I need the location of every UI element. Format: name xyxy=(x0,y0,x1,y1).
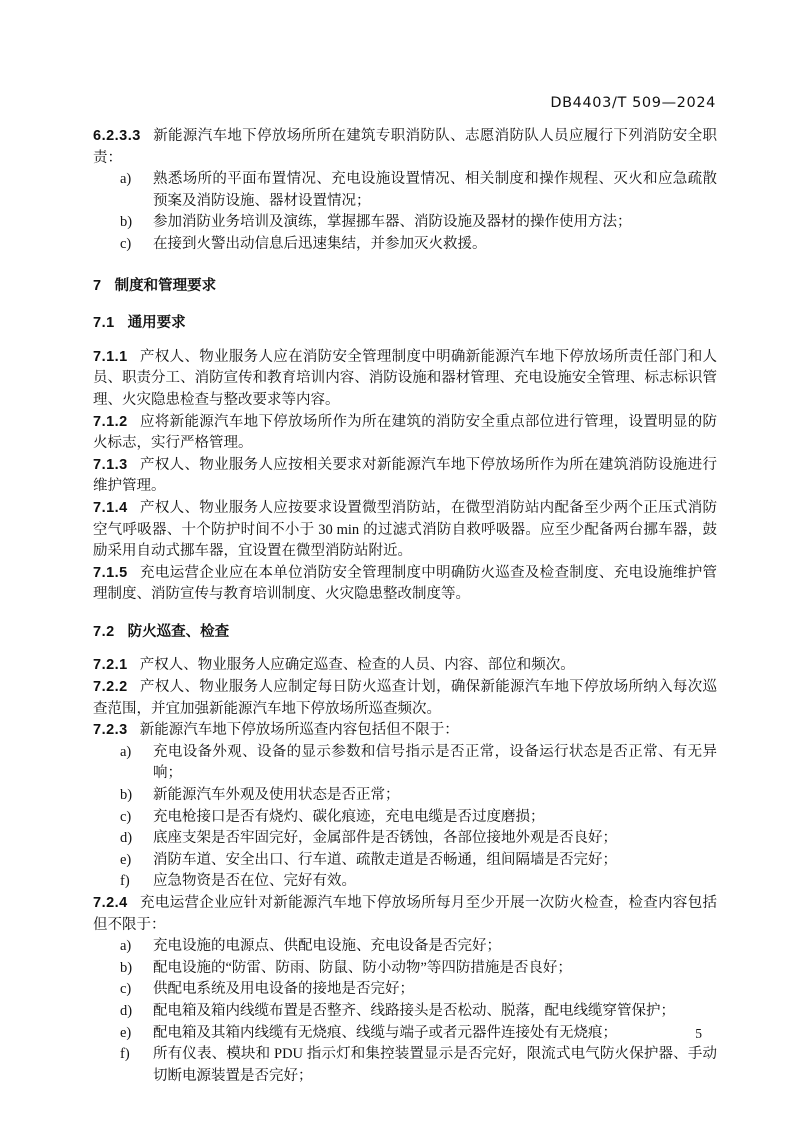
list-item: c)充电枪接口是否有烧灼、碳化痕迹，充电电缆是否过度磨损； xyxy=(120,807,717,829)
clause-paragraph: 7.2.1产权人、物业服务人应确定巡查、检查的人员、内容、部位和频次。 xyxy=(93,655,717,677)
lettered-list: a)充电设施的电源点、供配电设施、充电设备是否完好；b)配电设施的“防雷、防雨、… xyxy=(93,936,717,1087)
list-item-text: 消防车道、安全出口、行车道、疏散走道是否畅通，组间隔墙是否完好； xyxy=(153,850,717,872)
clause-paragraph: 7.2.3新能源汽车地下停放场所巡查内容包括但不限于： xyxy=(93,720,717,742)
section-heading: 7制度和管理要求 xyxy=(93,276,717,298)
list-item-label: a) xyxy=(120,742,153,785)
list-item-label: b) xyxy=(120,785,153,807)
list-item-text: 熟悉场所的平面布置情况、充电设施设置情况、相关制度和操作规程、灭火和应急疏散预案… xyxy=(153,169,717,212)
list-item-label: d) xyxy=(120,828,153,850)
clause-number: 7.1.4 xyxy=(93,500,128,516)
lettered-list: a)充电设备外观、设备的显示参数和信号指示是否正常，设备运行状态是否正常、有无异… xyxy=(93,742,717,893)
list-item-label: b) xyxy=(120,958,153,980)
clause-text: 产权人、物业服务人应在消防安全管理制度中明确新能源汽车地下停放场所责任部门和人员… xyxy=(93,349,717,408)
list-item-label: f) xyxy=(120,871,153,893)
list-item-text: 配电箱及箱内线缆布置是否整齐、线路接头是否松动、脱落，配电线缆穿管保护； xyxy=(153,1001,717,1023)
list-item: b)配电设施的“防雷、防雨、防鼠、防小动物”等四防措施是否良好； xyxy=(120,958,717,980)
list-item-text: 底座支架是否牢固完好，金属部件是否锈蚀，各部位接地外观是否良好； xyxy=(153,828,717,850)
section-title: 防火巡查、检查 xyxy=(128,624,230,640)
clause-number: 7.1.1 xyxy=(93,349,128,365)
lettered-list: a)熟悉场所的平面布置情况、充电设施设置情况、相关制度和操作规程、灭火和应急疏散… xyxy=(93,169,717,255)
clause-paragraph: 7.2.2产权人、物业服务人应制定每日防火巡查计划，确保新能源汽车地下停放场所纳… xyxy=(93,677,717,720)
list-item-text: 参加消防业务培训及演练，掌握挪车器、消防设施及器材的操作使用方法； xyxy=(153,212,717,234)
clause-paragraph: 7.1.4产权人、物业服务人应按要求设置微型消防站，在微型消防站内配备至少两个正… xyxy=(93,498,717,563)
clause-number: 7.2.3 xyxy=(93,722,128,738)
clause-paragraph: 7.1.5充电运营企业应在本单位消防安全管理制度中明确防火巡查及检查制度、充电设… xyxy=(93,563,717,606)
clause-number: 7.2.1 xyxy=(93,657,128,673)
list-item-label: e) xyxy=(120,1023,153,1045)
list-item-text: 在接到火警出动信息后迅速集结，并参加灭火救援。 xyxy=(153,234,717,256)
list-item-label: c) xyxy=(120,979,153,1001)
list-item-text: 新能源汽车外观及使用状态是否正常； xyxy=(153,785,717,807)
clause-number: 7.1.2 xyxy=(93,414,128,430)
clause-text: 产权人、物业服务人应按要求设置微型消防站，在微型消防站内配备至少两个正压式消防空… xyxy=(93,500,717,559)
list-item: f)所有仪表、模块和 PDU 指示灯和集控装置显示是否完好，限流式电气防火保护器… xyxy=(120,1044,717,1087)
list-item: a)充电设施的电源点、供配电设施、充电设备是否完好； xyxy=(120,936,717,958)
list-item: d)底座支架是否牢固完好，金属部件是否锈蚀，各部位接地外观是否良好； xyxy=(120,828,717,850)
section-heading: 7.2防火巡查、检查 xyxy=(93,622,717,644)
clause-number: 7.2.2 xyxy=(93,679,128,695)
clause-text: 产权人、物业服务人应确定巡查、检查的人员、内容、部位和频次。 xyxy=(140,657,575,673)
list-item-text: 所有仪表、模块和 PDU 指示灯和集控装置显示是否完好，限流式电气防火保护器、手… xyxy=(153,1044,717,1087)
clause-text: 充电运营企业应在本单位消防安全管理制度中明确防火巡查及检查制度、充电设施维护管理… xyxy=(93,565,717,603)
list-item: c)在接到火警出动信息后迅速集结，并参加灭火救援。 xyxy=(120,234,717,256)
list-item-text: 供配电系统及用电设备的接地是否完好； xyxy=(153,979,717,1001)
clause-text: 产权人、物业服务人应按相关要求对新能源汽车地下停放场所作为所在建筑消防设施进行维… xyxy=(93,457,717,495)
document-body: 6.2.3.3新能源汽车地下停放场所所在建筑专职消防队、志愿消防队人员应履行下列… xyxy=(93,126,717,1087)
section-number: 7.1 xyxy=(93,315,115,331)
list-item-label: c) xyxy=(120,234,153,256)
document-header-code: DB4403/T 509—2024 xyxy=(550,95,716,111)
list-item-label: f) xyxy=(120,1044,153,1087)
clause-paragraph: 7.1.2应将新能源汽车地下停放场所作为所在建筑的消防安全重点部位进行管理，设置… xyxy=(93,412,717,455)
clause-number: 7.1.3 xyxy=(93,457,128,473)
list-item: c)供配电系统及用电设备的接地是否完好； xyxy=(120,979,717,1001)
clause-text: 应将新能源汽车地下停放场所作为所在建筑的消防安全重点部位进行管理，设置明显的防火… xyxy=(93,414,717,452)
list-item: d)配电箱及箱内线缆布置是否整齐、线路接头是否松动、脱落，配电线缆穿管保护； xyxy=(120,1001,717,1023)
list-item-label: d) xyxy=(120,1001,153,1023)
clause-paragraph: 7.1.3产权人、物业服务人应按相关要求对新能源汽车地下停放场所作为所在建筑消防… xyxy=(93,455,717,498)
list-item: b)参加消防业务培训及演练，掌握挪车器、消防设施及器材的操作使用方法； xyxy=(120,212,717,234)
list-item: f)应急物资是否在位、完好有效。 xyxy=(120,871,717,893)
list-item-text: 充电设施的电源点、供配电设施、充电设备是否完好； xyxy=(153,936,717,958)
clause-number: 6.2.3.3 xyxy=(93,128,141,144)
section-title: 制度和管理要求 xyxy=(115,278,217,294)
list-item-label: c) xyxy=(120,807,153,829)
list-item-text: 充电枪接口是否有烧灼、碳化痕迹，充电电缆是否过度磨损； xyxy=(153,807,717,829)
section-number: 7.2 xyxy=(93,624,115,640)
list-item: b)新能源汽车外观及使用状态是否正常； xyxy=(120,785,717,807)
clause-paragraph: 7.1.1产权人、物业服务人应在消防安全管理制度中明确新能源汽车地下停放场所责任… xyxy=(93,347,717,412)
section-heading: 7.1通用要求 xyxy=(93,313,717,335)
section-title: 通用要求 xyxy=(128,315,186,331)
clause-paragraph: 6.2.3.3新能源汽车地下停放场所所在建筑专职消防队、志愿消防队人员应履行下列… xyxy=(93,126,717,169)
clause-text: 新能源汽车地下停放场所巡查内容包括但不限于： xyxy=(140,722,459,738)
clause-text: 产权人、物业服务人应制定每日防火巡查计划，确保新能源汽车地下停放场所纳入每次巡查… xyxy=(93,679,717,717)
list-item-text: 配电设施的“防雷、防雨、防鼠、防小动物”等四防措施是否良好； xyxy=(153,958,717,980)
list-item-text: 应急物资是否在位、完好有效。 xyxy=(153,871,717,893)
list-item: a)熟悉场所的平面布置情况、充电设施设置情况、相关制度和操作规程、灭火和应急疏散… xyxy=(120,169,717,212)
document-page: DB4403/T 509—2024 6.2.3.3新能源汽车地下停放场所所在建筑… xyxy=(0,0,794,1123)
clause-number: 7.1.5 xyxy=(93,565,128,581)
clause-number: 7.2.4 xyxy=(93,895,128,911)
section-number: 7 xyxy=(93,278,102,294)
list-item-label: e) xyxy=(120,850,153,872)
list-item: e)消防车道、安全出口、行车道、疏散走道是否畅通，组间隔墙是否完好； xyxy=(120,850,717,872)
list-item-label: b) xyxy=(120,212,153,234)
list-item-label: a) xyxy=(120,169,153,212)
clause-text: 充电运营企业应针对新能源汽车地下停放场所每月至少开展一次防火检查，检查内容包括但… xyxy=(93,895,717,933)
clause-text: 新能源汽车地下停放场所所在建筑专职消防队、志愿消防队人员应履行下列消防安全职责： xyxy=(93,128,717,166)
page-number: 5 xyxy=(695,1026,702,1042)
clause-paragraph: 7.2.4充电运营企业应针对新能源汽车地下停放场所每月至少开展一次防火检查，检查… xyxy=(93,893,717,936)
list-item: a)充电设备外观、设备的显示参数和信号指示是否正常，设备运行状态是否正常、有无异… xyxy=(120,742,717,785)
list-item-label: a) xyxy=(120,936,153,958)
list-item-text: 配电箱及其箱内线缆有无烧痕、线缆与端子或者元器件连接处有无烧痕； xyxy=(153,1023,717,1045)
list-item-text: 充电设备外观、设备的显示参数和信号指示是否正常，设备运行状态是否正常、有无异响； xyxy=(153,742,717,785)
list-item: e)配电箱及其箱内线缆有无烧痕、线缆与端子或者元器件连接处有无烧痕； xyxy=(120,1023,717,1045)
